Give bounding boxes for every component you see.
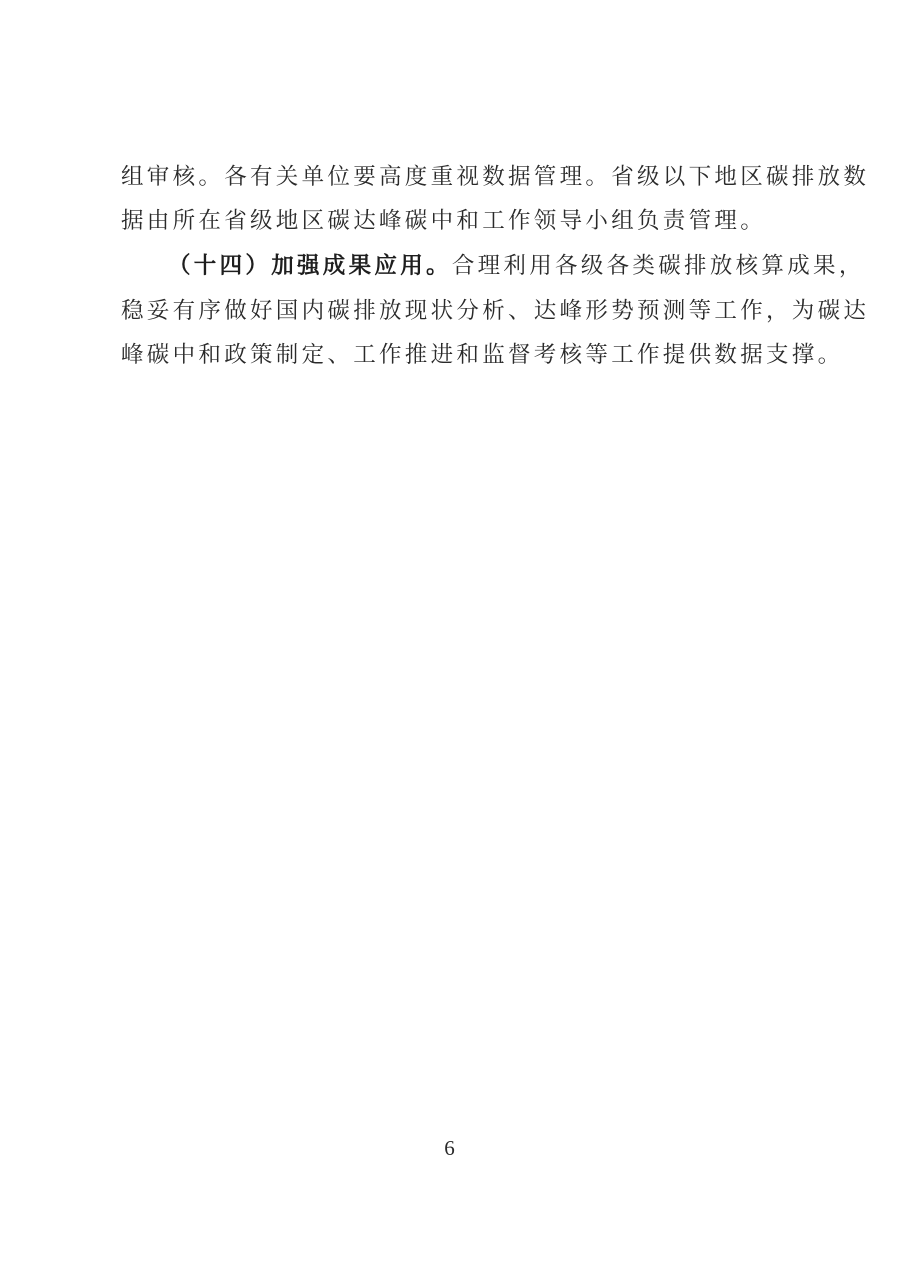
- section-14-first-line: （十四）加强成果应用。合理利用各级各类碳排放核算成果，: [168, 251, 865, 281]
- document-page: 组审核。各有关单位要高度重视数据管理。省级以下地区碳排放数 据由所在省级地区碳达…: [0, 0, 899, 1272]
- body-text-line: 峰碳中和政策制定、工作推进和监督考核等工作提供数据支撑。: [121, 340, 843, 370]
- body-text-line: 据由所在省级地区碳达峰碳中和工作领导小组负责管理。: [121, 206, 766, 236]
- section-heading: （十四）加强成果应用。: [168, 253, 452, 279]
- body-text-line: 稳妥有序做好国内碳排放现状分析、达峰形势预测等工作，为碳达: [121, 296, 869, 326]
- page-number: 6: [0, 1136, 899, 1161]
- body-text-line: 组审核。各有关单位要高度重视数据管理。省级以下地区碳排放数: [121, 162, 869, 192]
- body-text: 合理利用各级各类碳排放核算成果，: [452, 253, 865, 279]
